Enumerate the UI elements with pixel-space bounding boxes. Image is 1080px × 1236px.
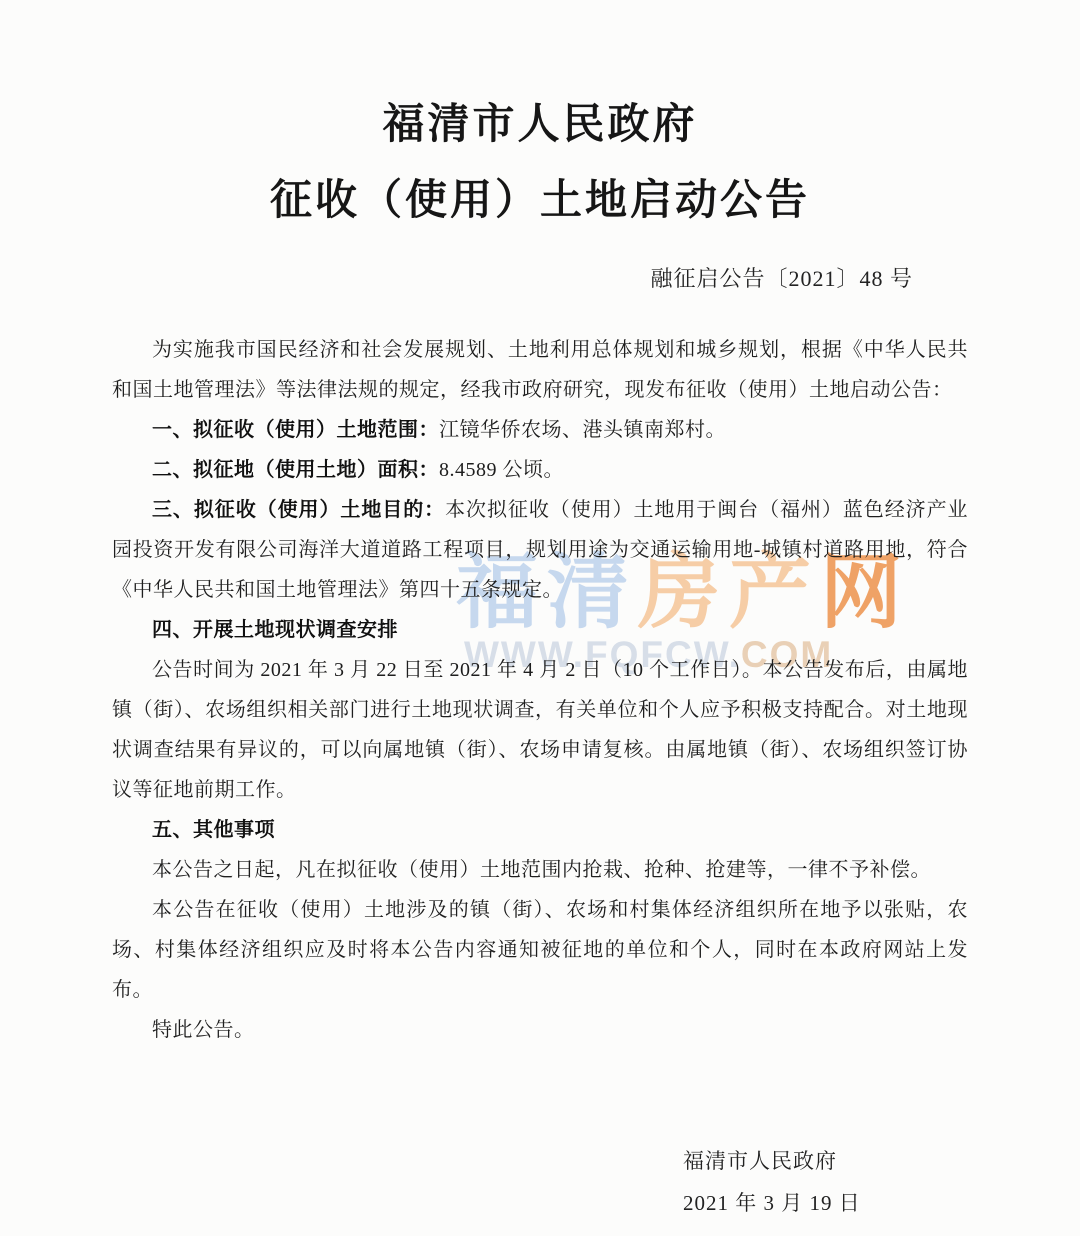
paragraph-item3-lead: 三、拟征收（使用）土地目的：	[152, 499, 445, 521]
paragraph-no-compensation: 本公告之日起，凡在拟征收（使用）土地范围内抢栽、抢种、抢建等，一律不予补偿。	[112, 850, 968, 890]
paragraph-closing-text: 特此公告。	[152, 1019, 255, 1041]
paragraph-posting: 本公告在征收（使用）土地涉及的镇（街）、农场和村集体经济组织所在地予以张贴，农场…	[112, 890, 968, 1010]
paragraph-item3-purpose: 三、拟征收（使用）土地目的：本次拟征收（使用）土地用于闽台（福州）蓝色经济产业园…	[112, 490, 968, 610]
document-number: 融征启公告〔2021〕48 号	[650, 262, 913, 293]
paragraph-no-compensation-text: 本公告之日起，凡在拟征收（使用）土地范围内抢栽、抢种、抢建等，一律不予补偿。	[152, 859, 931, 881]
paragraph-item2-text: 8.4589 公顷。	[439, 459, 564, 481]
paragraph-item1-text: 江镜华侨农场、港头镇南郑村。	[439, 419, 726, 441]
paragraph-item2-lead: 二、拟征地（使用土地）面积：	[152, 459, 439, 481]
paragraph-survey-schedule: 公告时间为 2021 年 3 月 22 日至 2021 年 4 月 2 日（10…	[112, 650, 968, 810]
document-body: 为实施我市国民经济和社会发展规划、土地利用总体规划和城乡规划，根据《中华人民共和…	[112, 330, 968, 1050]
paragraph-item2-area: 二、拟征地（使用土地）面积：8.4589 公顷。	[112, 450, 968, 490]
section-heading-item4: 四、开展土地现状调查安排	[112, 610, 968, 650]
paragraph-intro: 为实施我市国民经济和社会发展规划、土地利用总体规划和城乡规划，根据《中华人民共和…	[112, 330, 968, 410]
announcement-page: 福清房产网 WWW.FQFCW.COM 福清市人民政府 征收（使用）土地启动公告…	[0, 0, 1080, 1236]
paragraph-item1-lead: 一、拟征收（使用）土地范围：	[152, 419, 439, 441]
document-title: 福清市人民政府 征收（使用）土地启动公告	[0, 86, 1080, 238]
signature-block: 福清市人民政府 2021 年 3 月 19 日	[683, 1140, 861, 1224]
section-heading-item5: 五、其他事项	[112, 810, 968, 850]
paragraph-survey-schedule-text: 公告时间为 2021 年 3 月 22 日至 2021 年 4 月 2 日（10…	[112, 659, 968, 801]
signature-org: 福清市人民政府	[683, 1140, 861, 1182]
section-heading-item4-lead: 四、开展土地现状调查安排	[152, 619, 398, 641]
paragraph-closing: 特此公告。	[112, 1010, 968, 1050]
section-heading-item5-lead: 五、其他事项	[152, 819, 275, 841]
document-title-line1: 福清市人民政府	[0, 86, 1080, 162]
paragraph-item1-scope: 一、拟征收（使用）土地范围：江镜华侨农场、港头镇南郑村。	[112, 410, 968, 450]
paragraph-intro-text: 为实施我市国民经济和社会发展规划、土地利用总体规划和城乡规划，根据《中华人民共和…	[112, 339, 968, 401]
paragraph-posting-text: 本公告在征收（使用）土地涉及的镇（街）、农场和村集体经济组织所在地予以张贴，农场…	[112, 899, 968, 1001]
document-title-line2: 征收（使用）土地启动公告	[0, 162, 1080, 238]
signature-date: 2021 年 3 月 19 日	[683, 1182, 861, 1224]
